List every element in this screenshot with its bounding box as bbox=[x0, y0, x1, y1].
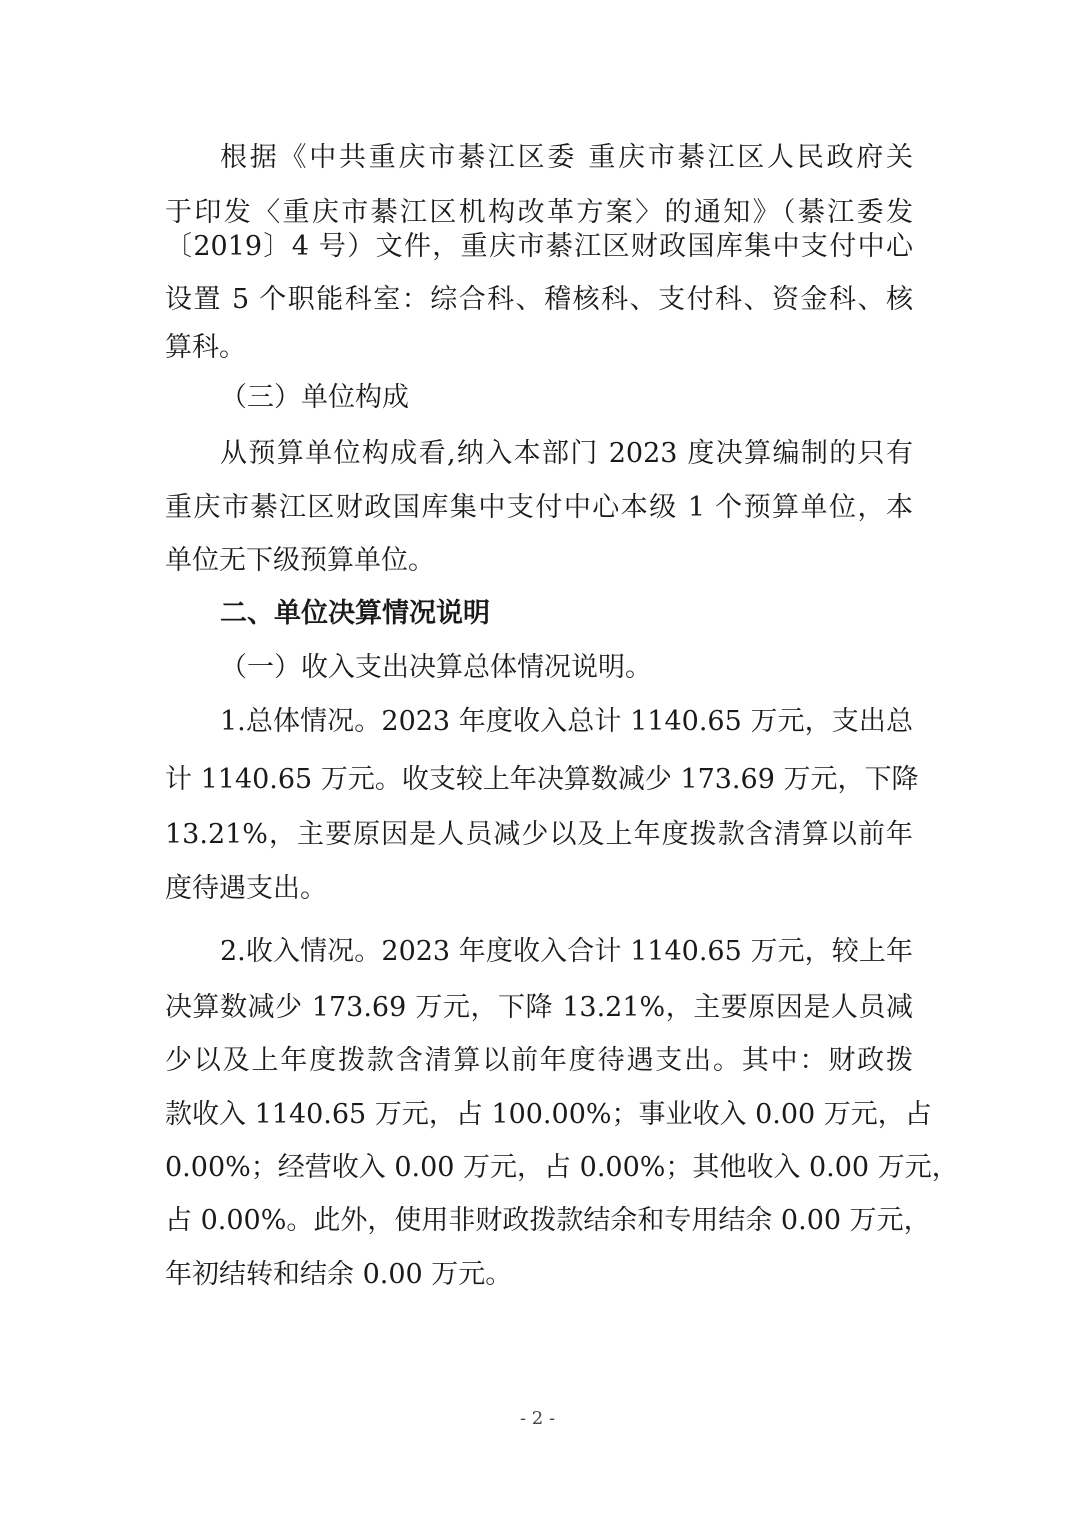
paragraph-line: 度待遇支出。 bbox=[165, 871, 913, 907]
paragraph-line: 重庆市綦江区财政国库集中支付中心本级 1 个预算单位，本 bbox=[165, 490, 913, 526]
paragraph-line: 单位无下级预算单位。 bbox=[165, 543, 913, 579]
paragraph-line: 〔2019〕4 号）文件，重庆市綦江区财政国库集中支付中心 bbox=[165, 229, 913, 265]
paragraph-line: 少以及上年度拨款含清算以前年度待遇支出。其中：财政拨 bbox=[165, 1043, 913, 1079]
paragraph-line: 款收入 1140.65 万元，占 100.00%；事业收入 0.00 万元，占 bbox=[165, 1097, 913, 1133]
paragraph-line: 从预算单位构成看,纳入本部门 2023 度决算编制的只有 bbox=[220, 436, 913, 472]
document-page: 根据《中共重庆市綦江区委 重庆市綦江区人民政府关 于印发〈重庆市綦江区机构改革方… bbox=[0, 0, 1075, 1520]
paragraph-line: 于印发〈重庆市綦江区机构改革方案〉的通知》（綦江委发 bbox=[165, 195, 913, 231]
paragraph-line: 计 1140.65 万元。收支较上年决算数减少 173.69 万元，下降 bbox=[165, 762, 913, 798]
paragraph-line: 年初结转和结余 0.00 万元。 bbox=[165, 1257, 913, 1293]
paragraph-line: 占 0.00%。此外，使用非财政拨款结余和专用结余 0.00 万元， bbox=[165, 1203, 913, 1239]
paragraph-line: 根据《中共重庆市綦江区委 重庆市綦江区人民政府关 bbox=[220, 140, 913, 176]
paragraph-line: 0.00%；经营收入 0.00 万元，占 0.00%；其他收入 0.00 万元， bbox=[165, 1150, 913, 1186]
subsection-heading: （三）单位构成 bbox=[220, 380, 913, 416]
section-heading: 二、单位决算情况说明 bbox=[220, 596, 913, 632]
paragraph-line: 算科。 bbox=[165, 330, 913, 366]
paragraph-line: 1.总体情况。2023 年度收入总计 1140.65 万元，支出总 bbox=[220, 704, 913, 740]
subsection-heading: （一）收入支出决算总体情况说明。 bbox=[220, 650, 913, 686]
paragraph-line: 设置 5 个职能科室：综合科、稽核科、支付科、资金科、核 bbox=[165, 282, 913, 318]
page-number: - 2 - bbox=[0, 1408, 1075, 1429]
paragraph-line: 13.21%，主要原因是人员减少以及上年度拨款含清算以前年 bbox=[165, 817, 913, 853]
paragraph-line: 决算数减少 173.69 万元，下降 13.21%，主要原因是人员减 bbox=[165, 990, 913, 1026]
paragraph-line: 2.收入情况。2023 年度收入合计 1140.65 万元，较上年 bbox=[220, 934, 913, 970]
